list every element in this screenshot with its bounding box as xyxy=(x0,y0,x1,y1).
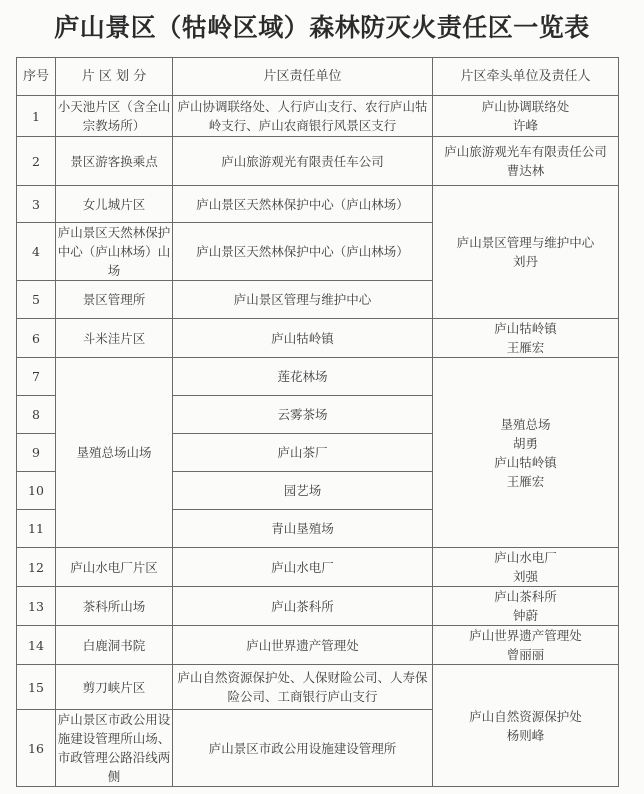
cell-unit: 青山垦殖场 xyxy=(173,510,433,548)
cell-unit: 庐山茶科所 xyxy=(173,587,433,626)
table-row: 14 白鹿洞书院 庐山世界遗产管理处 庐山世界遗产管理处 曾丽丽 xyxy=(17,626,619,665)
header-no: 序号 xyxy=(17,58,56,96)
table-header-row: 序号 片 区 划 分 片区责任单位 片区牵头单位及责任人 xyxy=(17,58,619,96)
cell-area: 小天池片区（含全山宗教场所） xyxy=(56,96,173,137)
cell-area: 斗米洼片区 xyxy=(56,319,173,358)
cell-no: 11 xyxy=(17,510,56,548)
cell-no: 1 xyxy=(17,96,56,137)
cell-lead: 庐山旅游观光车有限责任公司 曹达林 xyxy=(433,137,619,186)
cell-no: 5 xyxy=(17,281,56,319)
table-row: 1 小天池片区（含全山宗教场所） 庐山协调联络处、人行庐山支行、农行庐山牯岭支行… xyxy=(17,96,619,137)
cell-lead: 垦殖总场 胡勇 庐山牯岭镇 王雁宏 xyxy=(433,358,619,548)
cell-lead: 庐山牯岭镇 王雁宏 xyxy=(433,319,619,358)
table-row: 2 景区游客换乘点 庐山旅游观光有限责任车公司 庐山旅游观光车有限责任公司 曹达… xyxy=(17,137,619,186)
cell-unit: 庐山协调联络处、人行庐山支行、农行庐山牯岭支行、庐山农商银行风景区支行 xyxy=(173,96,433,137)
cell-no: 4 xyxy=(17,223,56,281)
cell-unit: 云雾茶场 xyxy=(173,396,433,434)
cell-area: 庐山水电厂片区 xyxy=(56,548,173,587)
cell-lead: 庐山自然资源保护处 杨则峰 xyxy=(433,665,619,787)
cell-no: 3 xyxy=(17,186,56,223)
cell-no: 10 xyxy=(17,472,56,510)
table-row: 15 剪刀峡片区 庐山自然资源保护处、人保财险公司、人寿保险公司、工商银行庐山支… xyxy=(17,665,619,710)
cell-no: 13 xyxy=(17,587,56,626)
header-lead: 片区牵头单位及责任人 xyxy=(433,58,619,96)
header-unit: 片区责任单位 xyxy=(173,58,433,96)
cell-unit: 庐山旅游观光有限责任车公司 xyxy=(173,137,433,186)
cell-area: 庐山景区天然林保护中心（庐山林场）山场 xyxy=(56,223,173,281)
cell-no: 12 xyxy=(17,548,56,587)
cell-no: 7 xyxy=(17,358,56,396)
cell-lead: 庐山协调联络处 许峰 xyxy=(433,96,619,137)
cell-lead: 庐山世界遗产管理处 曾丽丽 xyxy=(433,626,619,665)
cell-area: 白鹿洞书院 xyxy=(56,626,173,665)
table-row: 3 女儿城片区 庐山景区天然林保护中心（庐山林场） 庐山景区管理与维护中心 刘丹 xyxy=(17,186,619,223)
cell-area: 景区管理所 xyxy=(56,281,173,319)
cell-unit: 园艺场 xyxy=(173,472,433,510)
cell-area: 茶科所山场 xyxy=(56,587,173,626)
cell-no: 16 xyxy=(17,710,56,787)
header-area: 片 区 划 分 xyxy=(56,58,173,96)
responsibility-table: 序号 片 区 划 分 片区责任单位 片区牵头单位及责任人 1 小天池片区（含全山… xyxy=(16,57,619,787)
cell-lead: 庐山水电厂 刘强 xyxy=(433,548,619,587)
cell-unit: 庐山景区天然林保护中心（庐山林场） xyxy=(173,223,433,281)
cell-lead: 庐山景区管理与维护中心 刘丹 xyxy=(433,186,619,319)
cell-area: 女儿城片区 xyxy=(56,186,173,223)
table-row: 12 庐山水电厂片区 庐山水电厂 庐山水电厂 刘强 xyxy=(17,548,619,587)
cell-area: 垦殖总场山场 xyxy=(56,358,173,548)
cell-lead: 庐山茶科所 钟蔚 xyxy=(433,587,619,626)
cell-no: 9 xyxy=(17,434,56,472)
cell-area: 庐山景区市政公用设施建设管理所山场、市政管理公路沿线两侧 xyxy=(56,710,173,787)
cell-unit: 莲花林场 xyxy=(173,358,433,396)
table-row: 7 垦殖总场山场 莲花林场 垦殖总场 胡勇 庐山牯岭镇 王雁宏 xyxy=(17,358,619,396)
cell-area: 景区游客换乘点 xyxy=(56,137,173,186)
cell-unit: 庐山景区管理与维护中心 xyxy=(173,281,433,319)
cell-unit: 庐山牯岭镇 xyxy=(173,319,433,358)
cell-unit: 庐山水电厂 xyxy=(173,548,433,587)
cell-no: 8 xyxy=(17,396,56,434)
cell-unit: 庐山景区市政公用设施建设管理所 xyxy=(173,710,433,787)
cell-no: 6 xyxy=(17,319,56,358)
cell-no: 2 xyxy=(17,137,56,186)
cell-unit: 庐山自然资源保护处、人保财险公司、人寿保险公司、工商银行庐山支行 xyxy=(173,665,433,710)
cell-unit: 庐山茶厂 xyxy=(173,434,433,472)
cell-no: 14 xyxy=(17,626,56,665)
cell-unit: 庐山世界遗产管理处 xyxy=(173,626,433,665)
cell-unit: 庐山景区天然林保护中心（庐山林场） xyxy=(173,186,433,223)
table-row: 13 茶科所山场 庐山茶科所 庐山茶科所 钟蔚 xyxy=(17,587,619,626)
cell-no: 15 xyxy=(17,665,56,710)
table-row: 6 斗米洼片区 庐山牯岭镇 庐山牯岭镇 王雁宏 xyxy=(17,319,619,358)
cell-area: 剪刀峡片区 xyxy=(56,665,173,710)
document-title: 庐山景区（牯岭区域）森林防灭火责任区一览表 xyxy=(0,8,644,44)
